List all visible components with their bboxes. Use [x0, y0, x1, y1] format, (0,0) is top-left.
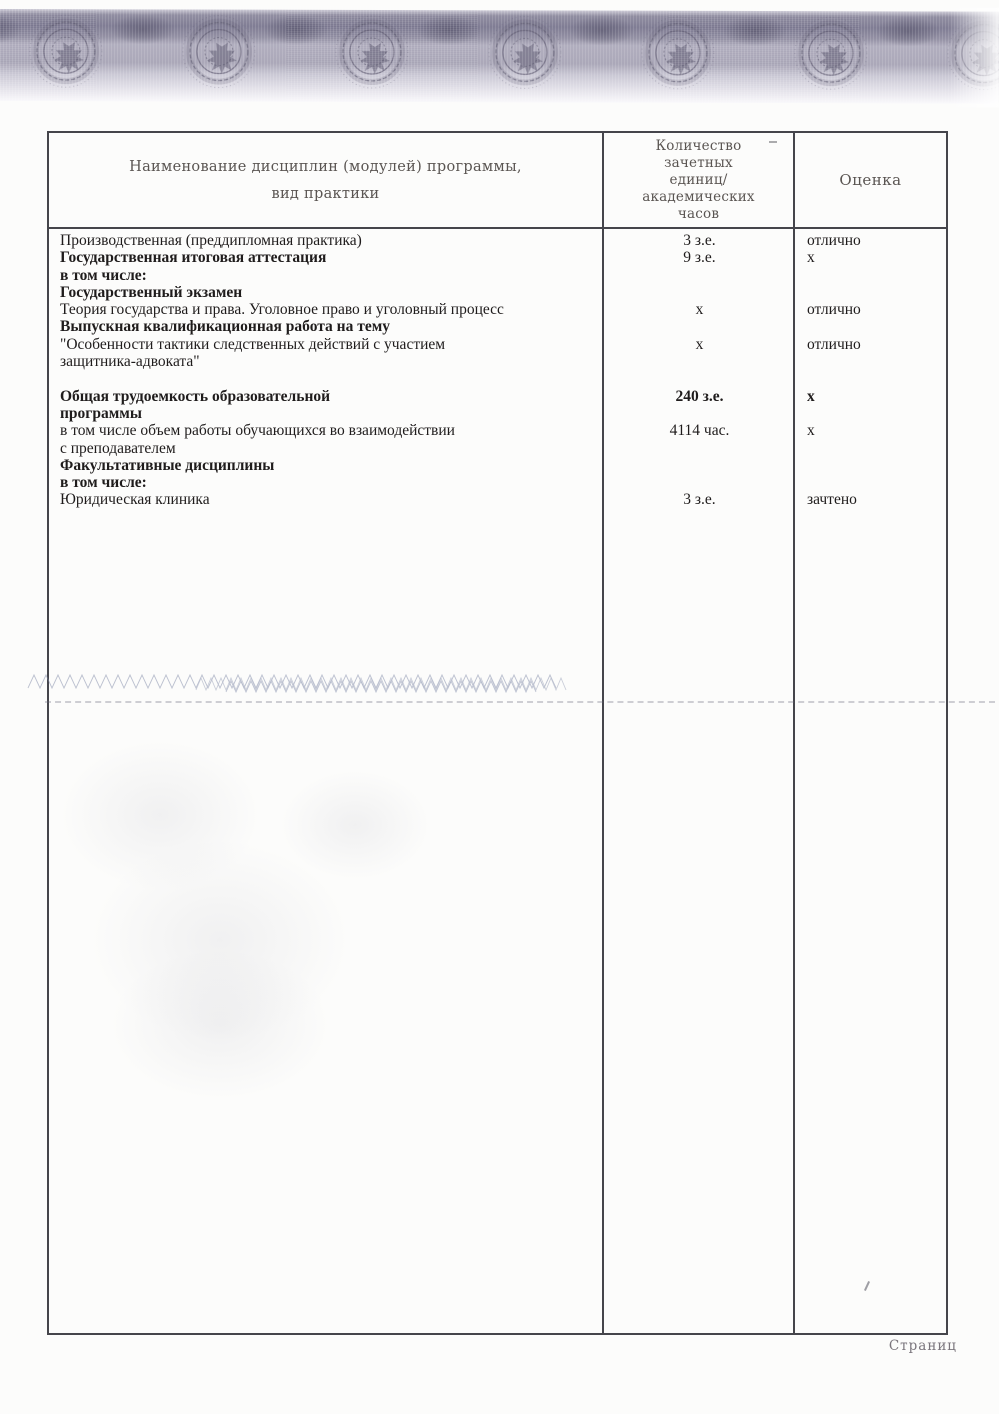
cell-grade: отлично [795, 336, 946, 371]
cell-credit-units: х [604, 301, 795, 318]
scan-dash-mark [769, 141, 777, 143]
cell-grade [795, 267, 946, 284]
page-footer-label: Страниц [889, 1338, 957, 1354]
table-row: "Особенности тактики следственных действ… [49, 336, 946, 371]
cell-grade: зачтено [795, 491, 946, 508]
scan-artifact-dashed-line [45, 701, 995, 703]
discipline-text-line: Выпускная квалификационная работа на тем… [60, 318, 604, 335]
table-row: Теория государства и права. Уголовное пр… [49, 301, 946, 318]
table-row: в том числе: [49, 267, 946, 284]
cell-credit-units: 3 з.е. [604, 232, 795, 249]
cell-discipline-name: Производственная (преддипломная практика… [49, 232, 604, 249]
cell-credit-units: 9 з.е. [604, 249, 795, 266]
discipline-text-line: Производственная (преддипломная практика… [60, 232, 604, 249]
table-row: Общая трудоемкость образовательнойпрогра… [49, 388, 946, 423]
header-text-line: часов [678, 206, 719, 223]
cell-grade: х [795, 422, 946, 457]
header-credits-column: Количествозачетныхединиц/академическихча… [604, 133, 795, 227]
table-row: Выпускная квалификационная работа на тем… [49, 318, 946, 335]
cell-discipline-name: Общая трудоемкость образовательнойпрогра… [49, 388, 604, 423]
cell-grade: отлично [795, 301, 946, 318]
cell-discipline-name: Юридическая клиника [49, 491, 604, 508]
cell-discipline-name: Государственная итоговая аттестация [49, 249, 604, 266]
table-row: Государственная итоговая аттестация9 з.е… [49, 249, 946, 266]
header-text-line: Количество [656, 138, 742, 155]
header-text-line: академических [642, 189, 754, 206]
discipline-text-line: Государственный экзамен [60, 284, 604, 301]
table-row: в том числе объем работы обучающихся во … [49, 422, 946, 457]
table-spacer-row [49, 370, 946, 387]
cell-grade: х [795, 249, 946, 266]
discipline-text-line: в том числе: [60, 267, 604, 284]
discipline-text-line: с преподавателем [60, 440, 604, 457]
table-row: Юридическая клиника3 з.е.зачтено [49, 491, 946, 508]
scan-smudge [280, 770, 430, 880]
table-row: Производственная (преддипломная практика… [49, 232, 946, 249]
table-row: в том числе: [49, 474, 946, 491]
cell-credit-units: 4114 час. [604, 422, 795, 457]
header-text-line: зачетных [664, 155, 733, 172]
header-text-line: единиц/ [670, 172, 728, 189]
cell-discipline-name: в том числе: [49, 267, 604, 284]
cell-discipline-name: в том числе объем работы обучающихся во … [49, 422, 604, 457]
discipline-text-line: Юридическая клиника [60, 491, 604, 508]
disciplines-table: Наименование дисциплин (модулей) програм… [47, 131, 948, 1335]
table-row: Государственный экзамен [49, 284, 946, 301]
table-header-row: Наименование дисциплин (модулей) програм… [49, 133, 946, 229]
cell-discipline-name: Выпускная квалификационная работа на тем… [49, 318, 604, 335]
cell-grade [795, 457, 946, 474]
discipline-text-line: Факультативные дисциплины [60, 457, 604, 474]
cell-credit-units [604, 284, 795, 301]
cell-grade [795, 318, 946, 335]
cell-credit-units [604, 370, 795, 387]
cell-credit-units: 240 з.е. [604, 388, 795, 423]
scan-artifact-zigzag [26, 656, 578, 702]
discipline-text-line: в том числе: [60, 474, 604, 491]
cell-discipline-name: Факультативные дисциплины [49, 457, 604, 474]
discipline-text-line: Теория государства и права. Уголовное пр… [60, 301, 604, 318]
scan-smudge [110, 950, 330, 1100]
cell-discipline-name: "Особенности тактики следственных действ… [49, 336, 604, 371]
cell-credit-units: х [604, 336, 795, 371]
scanned-diploma-supplement-page: Наименование дисциплин (модулей) програм… [0, 0, 999, 1414]
discipline-text-line: Общая трудоемкость образовательной [60, 388, 604, 405]
cell-grade [795, 474, 946, 491]
cell-credit-units [604, 318, 795, 335]
cell-credit-units [604, 457, 795, 474]
header-text-line: Наименование дисциплин (модулей) програм… [129, 159, 522, 175]
cell-discipline-name [49, 370, 604, 387]
discipline-text-line: в том числе объем работы обучающихся во … [60, 422, 604, 439]
cell-grade [795, 370, 946, 387]
cell-credit-units [604, 267, 795, 284]
discipline-text-line: Государственная итоговая аттестация [60, 249, 604, 266]
cell-credit-units: 3 з.е. [604, 491, 795, 508]
cell-discipline-name: Теория государства и права. Уголовное пр… [49, 301, 604, 318]
header-grade-column: Оценка [795, 133, 946, 227]
cell-grade [795, 284, 946, 301]
discipline-text-line: "Особенности тактики следственных действ… [60, 336, 604, 353]
header-text-line: вид практики [271, 186, 379, 202]
cell-discipline-name: Государственный экзамен [49, 284, 604, 301]
cell-grade: х [795, 388, 946, 423]
guilloche-pattern-svg [0, 5, 999, 108]
discipline-text-line: программы [60, 405, 604, 422]
cell-discipline-name: в том числе: [49, 474, 604, 491]
header-name-column: Наименование дисциплин (модулей) програм… [49, 133, 604, 227]
cell-credit-units [604, 474, 795, 491]
table-row: Факультативные дисциплины [49, 457, 946, 474]
discipline-text-line: защитника-адвоката" [60, 353, 604, 370]
guilloche-border [0, 5, 999, 108]
cell-grade: отлично [795, 232, 946, 249]
